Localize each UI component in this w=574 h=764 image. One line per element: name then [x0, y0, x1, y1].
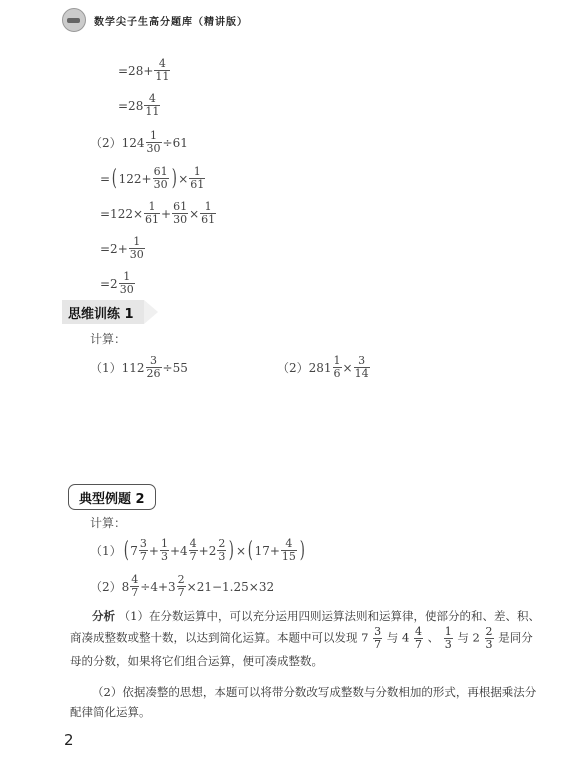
expr-text: （2）124 [90, 134, 145, 151]
expr-text: （2）281 [277, 359, 332, 376]
fraction: 314 [354, 355, 370, 380]
solution-line: =122× 161 + 6130 × 161 [100, 201, 217, 226]
page-header: 数学尖子生高分题库（精讲版） [62, 6, 248, 34]
fraction: 47 [130, 574, 139, 599]
book-title: 数学尖子生高分题库（精讲版） [94, 13, 248, 28]
expr-text: 122+ [119, 172, 152, 186]
fraction: 27 [177, 574, 186, 599]
expr-text: =122× [100, 207, 143, 221]
expr-text: =28+ [118, 64, 153, 78]
fraction: 161 [189, 166, 205, 191]
expr-text: 17+ [255, 544, 280, 558]
expr-text: 7 [130, 544, 138, 558]
fraction: 23 [485, 626, 494, 651]
expr-text: = [100, 172, 110, 186]
fraction: 13 [160, 538, 169, 563]
expr-text: + [161, 207, 171, 221]
paren-close: ) [229, 541, 234, 561]
page-number: 2 [64, 731, 74, 749]
fraction: 130 [129, 236, 145, 261]
fraction: 6130 [153, 166, 169, 191]
solution-line: =2+ 130 [100, 236, 146, 261]
expr-text: =2 [100, 277, 118, 291]
fraction: 47 [414, 626, 423, 651]
paren-close: ) [300, 541, 305, 561]
expr-text: ÷4+3 [140, 580, 175, 594]
expr-text: +2 [199, 544, 217, 558]
fraction: 130 [146, 130, 162, 155]
section-badge-practice: 思维训练 1 [62, 300, 144, 324]
solution-line: =28 411 [118, 93, 161, 118]
practice-question-1: （1）112 326 ÷55 [90, 355, 188, 380]
analysis-text: 与 2 [457, 631, 479, 645]
analysis-label: 分析 [92, 609, 115, 623]
expr-text: （1） [90, 542, 122, 559]
mascot-logo-icon [62, 8, 86, 32]
expr-text: × [343, 361, 353, 375]
example-question-2: （2）8 47 ÷4+3 27 ×21−1.25×32 [90, 574, 274, 599]
analysis-text: 、 [428, 631, 440, 645]
fraction: 130 [119, 271, 135, 296]
expr-text: × [178, 172, 188, 186]
practice-question-2: （2）281 16 × 314 [277, 355, 371, 380]
paren-open: ( [248, 541, 253, 561]
expr-text: + [149, 544, 159, 558]
fraction: 161 [200, 201, 216, 226]
solution-line: = ( 122+ 6130 ) × 161 [100, 166, 206, 191]
fraction: 415 [281, 538, 297, 563]
fraction: 37 [373, 626, 382, 651]
fraction: 6130 [172, 201, 188, 226]
fraction: 161 [144, 201, 160, 226]
fraction: 411 [154, 58, 170, 83]
paren-open: ( [112, 169, 117, 189]
example-question-1: （1） ( 7 37 + 13 +4 47 +2 23 ) × ( 17+ 41… [90, 538, 307, 563]
expr-text: =2+ [100, 242, 128, 256]
section-badge-example: 典型例题 2 [68, 484, 156, 510]
expr-text: （1）112 [90, 359, 145, 376]
expr-text: +4 [170, 544, 188, 558]
expr-text: × [236, 544, 246, 558]
analysis-paragraph-1: 分析 （1）在分数运算中，可以充分运用四则运算法则和运算律，使部分的和、差、积、… [70, 606, 540, 671]
fraction: 411 [144, 93, 160, 118]
expr-text: ÷61 [163, 136, 188, 150]
solution-line: （2）124 130 ÷61 [90, 130, 188, 155]
solution-line: =28+ 411 [118, 58, 171, 83]
paren-open: ( [123, 541, 128, 561]
paren-close: ) [171, 169, 176, 189]
solution-line: =2 130 [100, 271, 136, 296]
expr-text: =28 [118, 99, 143, 113]
expr-text: ÷55 [163, 361, 188, 375]
instruction: 计算： [90, 330, 126, 347]
expr-text: ×21−1.25×32 [187, 580, 274, 594]
fraction: 16 [333, 355, 342, 380]
expr-text: × [189, 207, 199, 221]
expr-text: （2）8 [90, 578, 129, 595]
analysis-paragraph-2: （2）依据凑整的思想，本题可以将带分数改写成整数与分数相加的形式，再根据乘法分配… [70, 682, 540, 722]
fraction: 37 [139, 538, 148, 563]
fraction: 23 [217, 538, 226, 563]
analysis-text: 与 4 [387, 631, 409, 645]
fraction: 13 [444, 626, 453, 651]
instruction: 计算： [90, 514, 126, 531]
fraction: 47 [189, 538, 198, 563]
fraction: 326 [146, 355, 162, 380]
